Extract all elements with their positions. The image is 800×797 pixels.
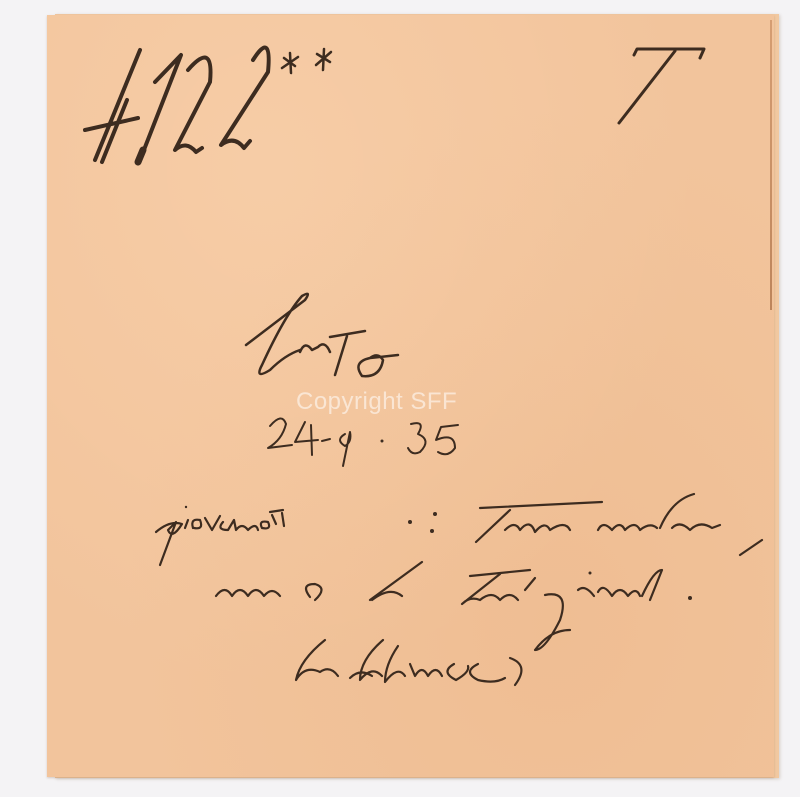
paper-fold-edge bbox=[770, 20, 772, 310]
scan-canvas: 4122 ** T Erto 24-9-35 giovanotti: tutto… bbox=[0, 0, 800, 797]
note-line-1: giovanotti: tutto moderno, bbox=[156, 495, 663, 539]
date: 24-9-35 bbox=[268, 418, 399, 458]
place-name: Erto bbox=[246, 300, 388, 374]
corner-letter: T bbox=[620, 45, 667, 127]
catalog-number: 4122 bbox=[85, 55, 289, 148]
copyright-watermark: Copyright SFF bbox=[296, 388, 457, 416]
note-line-2: meno le tradizionali bbox=[216, 562, 600, 606]
catalog-marks: ** bbox=[280, 45, 308, 78]
note-line-3: babbucce bbox=[296, 640, 481, 684]
